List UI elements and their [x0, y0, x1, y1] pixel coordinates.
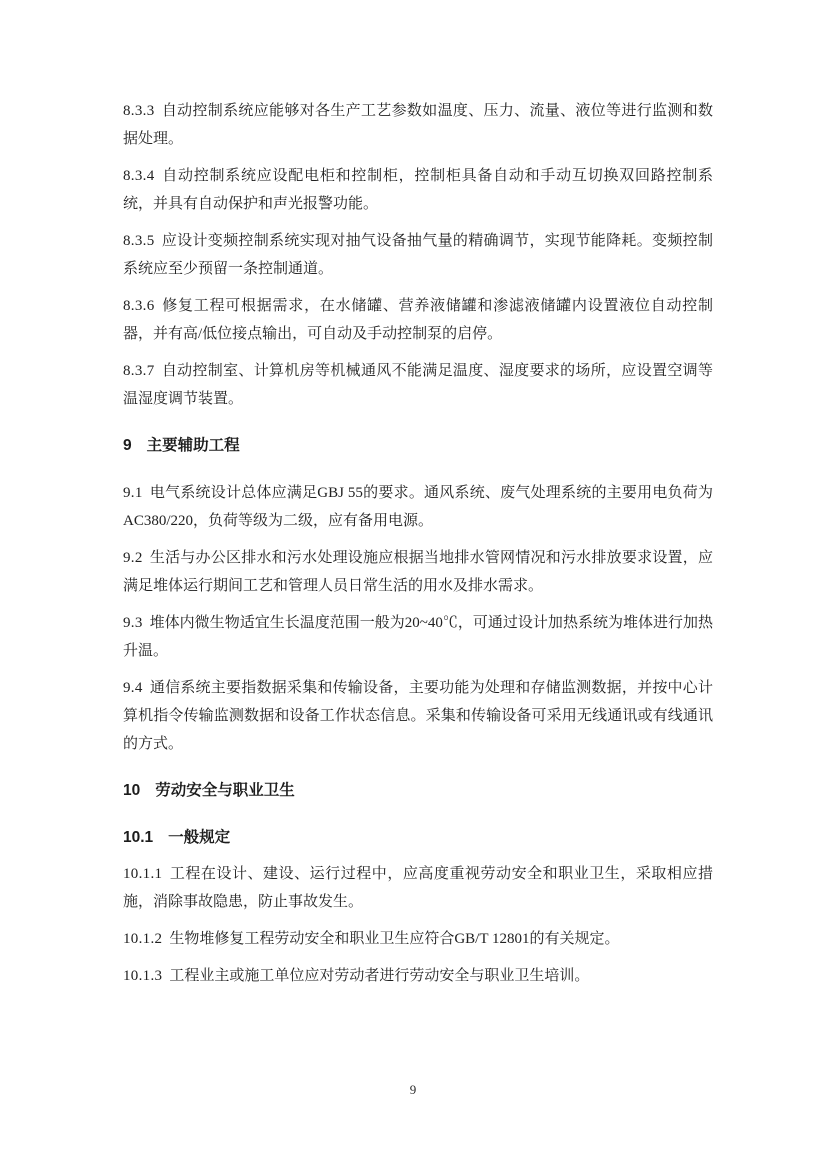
- clause-number: 9.4: [123, 680, 143, 696]
- clause-number: 10.1.3: [123, 968, 162, 984]
- clause-10-1-3: 10.1.3工程业主或施工单位应对劳动者进行劳动安全与职业卫生培训。: [123, 962, 713, 990]
- clause-number: 8.3.6: [123, 298, 155, 314]
- clause-10-1-2: 10.1.2生物堆修复工程劳动安全和职业卫生应符合GB/T 12801的有关规定…: [123, 925, 713, 953]
- document-page: 8.3.3自动控制系统应能够对各生产工艺参数如温度、压力、流量、液位等进行监测和…: [0, 0, 826, 1169]
- clause-number: 10.1.1: [123, 866, 162, 882]
- clause-text: 工程业主或施工单位应对劳动者进行劳动安全与职业卫生培训。: [169, 968, 589, 984]
- clause-text: 自动控制系统应能够对各生产工艺参数如温度、压力、流量、液位等进行监测和数据处理。: [123, 103, 713, 147]
- clause-number: 9.2: [123, 550, 143, 566]
- clause-8-3-3: 8.3.3自动控制系统应能够对各生产工艺参数如温度、压力、流量、液位等进行监测和…: [123, 97, 713, 153]
- clause-8-3-7: 8.3.7自动控制室、计算机房等机械通风不能满足温度、湿度要求的场所，应设置空调…: [123, 357, 713, 413]
- clause-9-4: 9.4通信系统主要指数据采集和传输设备，主要功能为处理和存储监测数据，并按中心计…: [123, 674, 713, 758]
- clause-9-1: 9.1电气系统设计总体应满足GBJ 55的要求。通风系统、废气处理系统的主要用电…: [123, 479, 713, 535]
- clause-10-1-1: 10.1.1工程在设计、建设、运行过程中，应高度重视劳动安全和职业卫生，采取相应…: [123, 860, 713, 916]
- clause-number: 9.3: [123, 615, 143, 631]
- page-number: 9: [0, 1082, 826, 1098]
- heading-number: 10: [123, 782, 140, 799]
- clause-text: 自动控制系统应设配电柜和控制柜，控制柜具备自动和手动互切换双回路控制系统，并具有…: [123, 168, 713, 212]
- clause-text: 应设计变频控制系统实现对抽气设备抽气量的精确调节，实现节能降耗。变频控制系统应至…: [123, 233, 713, 277]
- clause-8-3-4: 8.3.4自动控制系统应设配电柜和控制柜，控制柜具备自动和手动互切换双回路控制系…: [123, 162, 713, 218]
- section-heading-9: 9主要辅助工程: [123, 432, 713, 460]
- clause-text: 电气系统设计总体应满足GBJ 55的要求。通风系统、废气处理系统的主要用电负荷为…: [123, 485, 713, 529]
- heading-title: 劳动安全与职业卫生: [155, 782, 295, 799]
- clause-number: 8.3.5: [123, 233, 155, 249]
- heading-title: 主要辅助工程: [147, 437, 240, 454]
- clause-text: 生物堆修复工程劳动安全和职业卫生应符合GB/T 12801的有关规定。: [169, 931, 619, 947]
- clause-number: 8.3.4: [123, 168, 155, 184]
- heading-number: 9: [123, 437, 132, 454]
- page-content: 8.3.3自动控制系统应能够对各生产工艺参数如温度、压力、流量、液位等进行监测和…: [123, 97, 713, 999]
- clause-9-2: 9.2生活与办公区排水和污水处理设施应根据当地排水管网情况和污水排放要求设置，应…: [123, 544, 713, 600]
- section-heading-10: 10劳动安全与职业卫生: [123, 777, 713, 805]
- clause-text: 自动控制室、计算机房等机械通风不能满足温度、湿度要求的场所，应设置空调等温湿度调…: [123, 363, 713, 407]
- clause-number: 10.1.2: [123, 931, 162, 947]
- clause-8-3-6: 8.3.6修复工程可根据需求，在水储罐、营养液储罐和渗滤液储罐内设置液位自动控制…: [123, 292, 713, 348]
- clause-text: 生活与办公区排水和污水处理设施应根据当地排水管网情况和污水排放要求设置，应满足堆…: [123, 550, 713, 594]
- clause-text: 通信系统主要指数据采集和传输设备，主要功能为处理和存储监测数据，并按中心计算机指…: [123, 680, 713, 752]
- heading-title: 一般规定: [168, 829, 230, 846]
- clause-8-3-5: 8.3.5应设计变频控制系统实现对抽气设备抽气量的精确调节，实现节能降耗。变频控…: [123, 227, 713, 283]
- clause-number: 8.3.3: [123, 103, 155, 119]
- clause-text: 堆体内微生物适宜生长温度范围一般为20~40℃，可通过设计加热系统为堆体进行加热…: [123, 615, 713, 659]
- heading-number: 10.1: [123, 829, 153, 846]
- clause-text: 修复工程可根据需求，在水储罐、营养液储罐和渗滤液储罐内设置液位自动控制器，并有高…: [123, 298, 713, 342]
- section-heading-10-1: 10.1一般规定: [123, 824, 713, 852]
- clause-text: 工程在设计、建设、运行过程中，应高度重视劳动安全和职业卫生，采取相应措施，消除事…: [123, 866, 713, 910]
- clause-number: 9.1: [123, 485, 143, 501]
- clause-number: 8.3.7: [123, 363, 155, 379]
- clause-9-3: 9.3堆体内微生物适宜生长温度范围一般为20~40℃，可通过设计加热系统为堆体进…: [123, 609, 713, 665]
